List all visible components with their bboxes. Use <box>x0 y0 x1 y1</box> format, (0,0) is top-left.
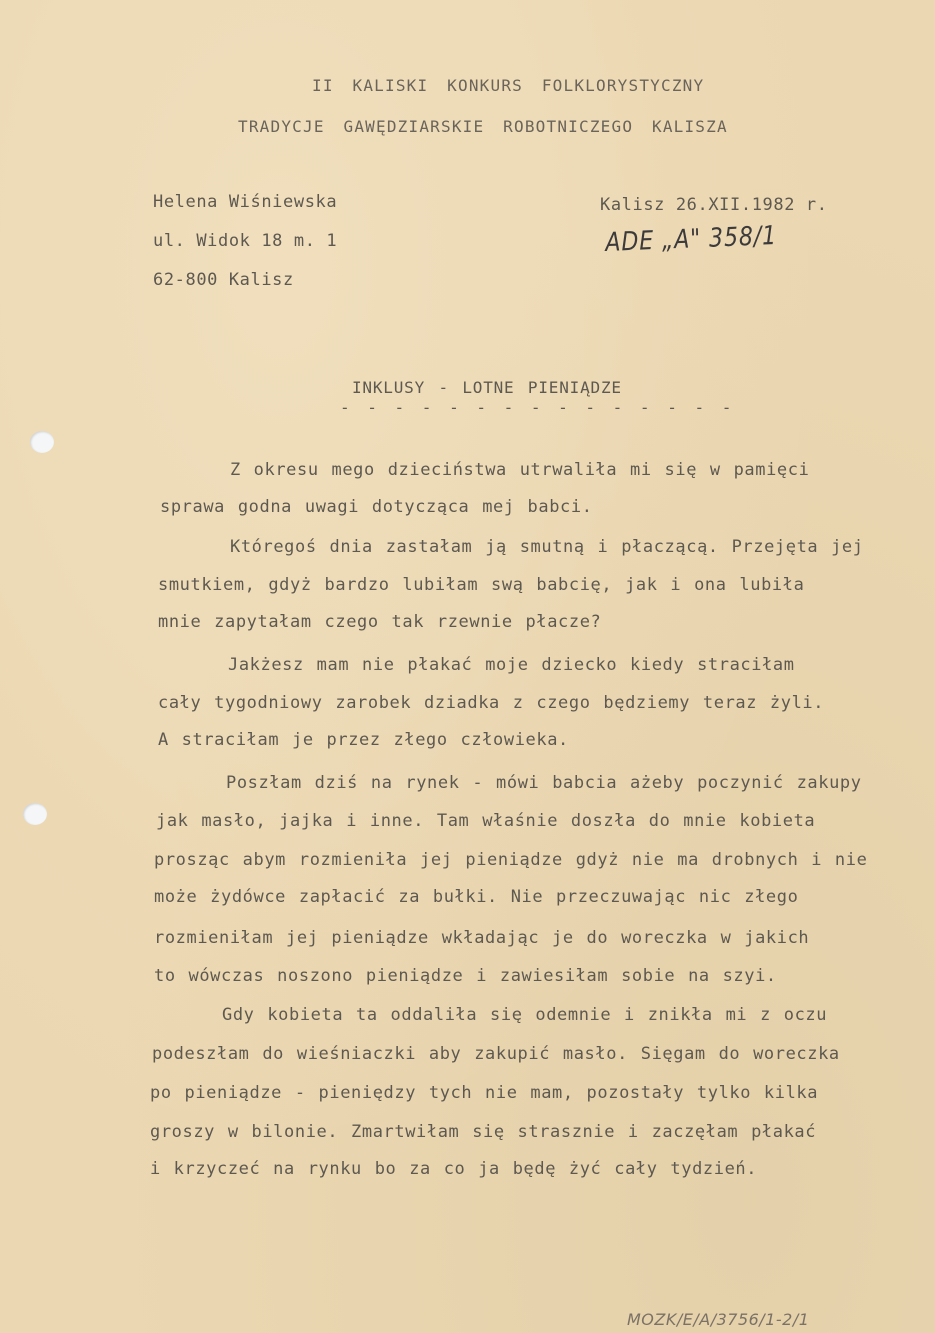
body-line-9: Poszłam dziś na rynek - mówi babcia ażeb… <box>226 773 862 793</box>
story-title: INKLUSY - LOTNE PIENIĄDZE <box>352 378 622 397</box>
body-line-1: Z okresu mego dzieciństwa utrwaliła mi s… <box>230 460 809 480</box>
body-line-5: mnie zapytałam czego tak rzewnie płacze? <box>158 612 601 632</box>
body-line-3: Któregoś dnia zastałam ją smutną i płacz… <box>230 537 864 557</box>
body-line-6: Jakżesz mam nie płakać moje dziecko kied… <box>228 655 795 675</box>
body-line-17: po pieniądze - pieniędzy tych nie mam, p… <box>150 1083 818 1103</box>
body-line-14: to wówczas noszono pieniądze i zawiesiła… <box>154 966 777 986</box>
body-line-13: rozmieniłam jej pieniądze wkładając je d… <box>154 928 809 948</box>
paper-page: II KALISKI KONKURS FOLKLORYSTYCZNY TRADY… <box>0 0 935 1333</box>
sender-city: 62-800 Kalisz <box>153 270 294 290</box>
body-line-12: może żydówce zapłacić za bułki. Nie prze… <box>154 887 798 907</box>
archive-number: MOZK/E/A/3756/1-2/1 <box>627 1310 809 1329</box>
body-line-2: sprawa godna uwagi dotycząca mej babci. <box>160 497 593 517</box>
body-line-4: smutkiem, gdyż bardzo lubiłam swą babcię… <box>158 575 804 595</box>
punch-hole-bottom <box>23 803 47 825</box>
body-line-7: cały tygodniowy zarobek dziadka z czego … <box>158 693 824 713</box>
document-date: Kalisz 26.XII.1982 r. <box>600 195 828 215</box>
body-line-15: Gdy kobieta ta oddaliła się odemnie i zn… <box>222 1005 827 1025</box>
body-line-10: jak masło, jajka i inne. Tam właśnie dos… <box>156 811 815 831</box>
body-line-11: prosząc abym rozmieniła jej pieniądze gd… <box>154 850 867 870</box>
sender-street: ul. Widok 18 m. 1 <box>153 231 337 251</box>
punch-hole-top <box>30 431 54 453</box>
body-line-19: i krzyczeć na rynku bo za co ja będę żyć… <box>150 1159 757 1179</box>
sender-name: Helena Wiśniewska <box>153 192 337 212</box>
handwritten-reference: ADE „A" 358/1 <box>605 221 777 258</box>
header-line-1: II KALISKI KONKURS FOLKLORYSTYCZNY <box>312 76 704 95</box>
title-underline: - - - - - - - - - - - - - - - <box>340 398 735 417</box>
body-line-16: podeszłam do wieśniaczki aby zakupić mas… <box>152 1044 840 1064</box>
body-line-18: groszy w bilonie. Zmartwiłam się straszn… <box>150 1122 816 1142</box>
header-line-2: TRADYCJE GAWĘDZIARSKIE ROBOTNICZEGO KALI… <box>238 117 728 136</box>
body-line-8: A straciłam je przez złego człowieka. <box>158 730 569 750</box>
